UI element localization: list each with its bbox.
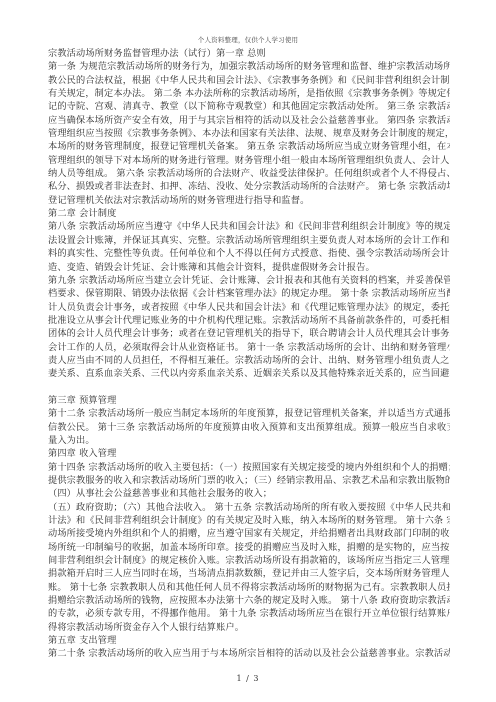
text-line: 造、变造、销毁会计凭证、会计账簿和其他会计资料，提供虚假财务会计报告。	[48, 261, 450, 274]
chapter-heading: 第三章 预算管理	[48, 394, 450, 407]
chapter-heading: 第二章 会计制度	[48, 207, 450, 220]
text-line: 会计工作的人员，必须取得会计从业资格证书。 第十一条 宗教活动场所的会计、出纳和…	[48, 341, 450, 354]
chapter-heading: 第五章 支出管理	[48, 634, 450, 647]
text-line: 有关规定，制定本办法。 第二条 本办法所称的宗教活动场所，是指依照《宗教事务条例…	[48, 87, 450, 100]
text-line: 场所统一印制编号的收据，加盖本场所印章。接受的捐赠应当及时入账，捐赠的是实物的，…	[48, 541, 450, 554]
blank-line	[48, 381, 450, 394]
text-line: 的专款，必须专款专用，不得挪作他用。 第十九条 宗教活动场所应当在银行开立单位银…	[48, 607, 450, 620]
text-line: 第十二条 宗教活动场所一般应当制定本场所的年度预算，报登记管理机关备案，并以适当…	[48, 407, 450, 420]
text-line: 记的寺院、宫观、清真寺、教堂（以下简称寺观教堂）和其他固定宗教活动处所。 第三条…	[48, 100, 450, 113]
text-line: 团体的会计人员代理会计事务；或者在登记管理机关的指导下，联合聘请会计人员代理其会…	[48, 327, 450, 340]
chapter-heading: 第四章 收入管理	[48, 447, 450, 460]
text-line: 责人应当由不同的人员担任，不得相互兼任。宗教活动场所的会计、出纳、财务管理小组负…	[48, 354, 450, 367]
text-line: 间非营利组织会计制度》的规定核价入账。宗教活动场所设有捐款箱的，该场所应当指定三…	[48, 554, 450, 567]
text-line: 档要求、保管期限、销毁办法依据《会计档案管理办法》的规定办理。 第十条 宗教活动…	[48, 287, 450, 300]
text-line: 账。 第十七条 宗教教职人员和其他任何人员不得将宗教活动场所的财物据为己有。宗教…	[48, 581, 450, 594]
text-line: 捐款箱开启时三人应当同时在场，当场清点捐款数额，登记并由三人签字后，交本场所财务…	[48, 567, 450, 580]
text-line: 量入为出。	[48, 434, 450, 447]
text-line: 本场所的财务管理制度，报登记管理机关备案。 第五条 宗教活动场所应当成立财务管理…	[48, 140, 450, 153]
text-line: 第一条 为规范宗教活动场所的财务行为，加强宗教活动场所的财务管理和监督、维护宗教…	[48, 60, 450, 73]
text-line: 私分、损毁或者非法查封、扣押、冻结、没收、处分宗教活动场所的合法财产。 第七条 …	[48, 180, 450, 193]
text-line: 第九条 宗教活动场所应当建立会计凭证、会计账簿、会计报表和其他有关资料的档案，并…	[48, 274, 450, 287]
text-line: 料的真实性、完整性等负责。任何单位和个人不得以任何方式授意、指使、强令宗教活动场…	[48, 247, 450, 260]
text-line: 管理组织应当按照《宗教事务条例》、本办法和国家有关法律、法规、规章及财务会计制度…	[48, 127, 450, 140]
document-body: 宗教活动场所财务监督管理办法（试行）第一章 总则 第一条 为规范宗教活动场所的财…	[48, 47, 450, 661]
text-line: 第十四条 宗教活动场所的收入主要包括：（一）按照国家有关规定接受的境内外组织和个…	[48, 461, 450, 474]
text-line: 捐赠给宗教活动场所的钱物，应按照本办法第十六条的规定及时入账。 第十八条 政府资…	[48, 594, 450, 607]
text-line: （四）从事社会公益慈善事业和其他社会服务的收入；	[48, 487, 450, 500]
text-line: 第二十条 宗教活动场所的收入应当用于与本场所宗旨相符的活动以及社会公益慈善事业。…	[48, 647, 450, 660]
text-line: 纳人员等组成。 第六条 宗教活动场所的合法财产、收益受法律保护。任何组织或者个人…	[48, 167, 450, 180]
document-title-line: 宗教活动场所财务监督管理办法（试行）第一章 总则	[48, 47, 450, 60]
text-line: 信教公民。 第十三条 宗教活动场所的年度预算由收入预算和支出预算组成。预算一般应…	[48, 421, 450, 434]
page-header-note: 个人资料整理，仅供个人学习使用	[0, 35, 496, 44]
text-line: 妻关系、直系血亲关系、三代以内旁系血亲关系、近姻亲关系以及其他特殊亲近关系的，应…	[48, 367, 450, 380]
page-number: 1 / 3	[0, 674, 496, 683]
text-line: 教公民的合法权益，根据《中华人民共和国会计法》、《宗教事务条例》和《民间非营利组…	[48, 74, 450, 87]
text-line: 得将宗教活动场所资金存入个人银行结算账户。	[48, 621, 450, 634]
text-line: 第八条 宗教活动场所应当遵守《中华人民共和国会计法》和《民间非营利组织会计制度》…	[48, 220, 450, 233]
text-line: 计法》和《民间非营利组织会计制度》的有关规定及时入账，纳入本场所的财务管理。 第…	[48, 514, 450, 527]
text-line: 动场所接受境内外组织和个人的捐赠，应当遵守国家有关规定，并给捐赠者出具财政部门印…	[48, 527, 450, 540]
text-line: 登记管理机关依法对宗教活动场所的财务管理进行指导和监督。	[48, 194, 450, 207]
text-line: （五）政府资助；（六）其他合法收入。 第十五条 宗教活动场所的所有收入要按照《中…	[48, 501, 450, 514]
text-line: 批准设立从事会计代理记账业务的中介机构代理记账。宗教活动场所不具备前款条件的，可…	[48, 314, 450, 327]
text-line: 应当确保本场所资产安全有效，用于与其宗旨相符的活动以及社会公益慈善事业。 第四条…	[48, 114, 450, 127]
document-page: 个人资料整理，仅供个人学习使用 宗教活动场所财务监督管理办法（试行）第一章 总则…	[0, 0, 496, 702]
text-line: 计人员负责会计事务，或者按照《中华人民共和国会计法》和《代理记账管理办法》的规定…	[48, 301, 450, 314]
text-line: 管理组织的领导下对本场所的财务进行管理。财务管理小组一般由本场所管理组织负责人、…	[48, 154, 450, 167]
text-line: 提供宗教服务的收入和宗教活动场所门票的收入；（三）经销宗教用品、宗教艺术品和宗教…	[48, 474, 450, 487]
text-line: 法设置会计账簿，并保证其真实、完整。宗教活动场所管理组织主要负责人对本场所的会计…	[48, 234, 450, 247]
